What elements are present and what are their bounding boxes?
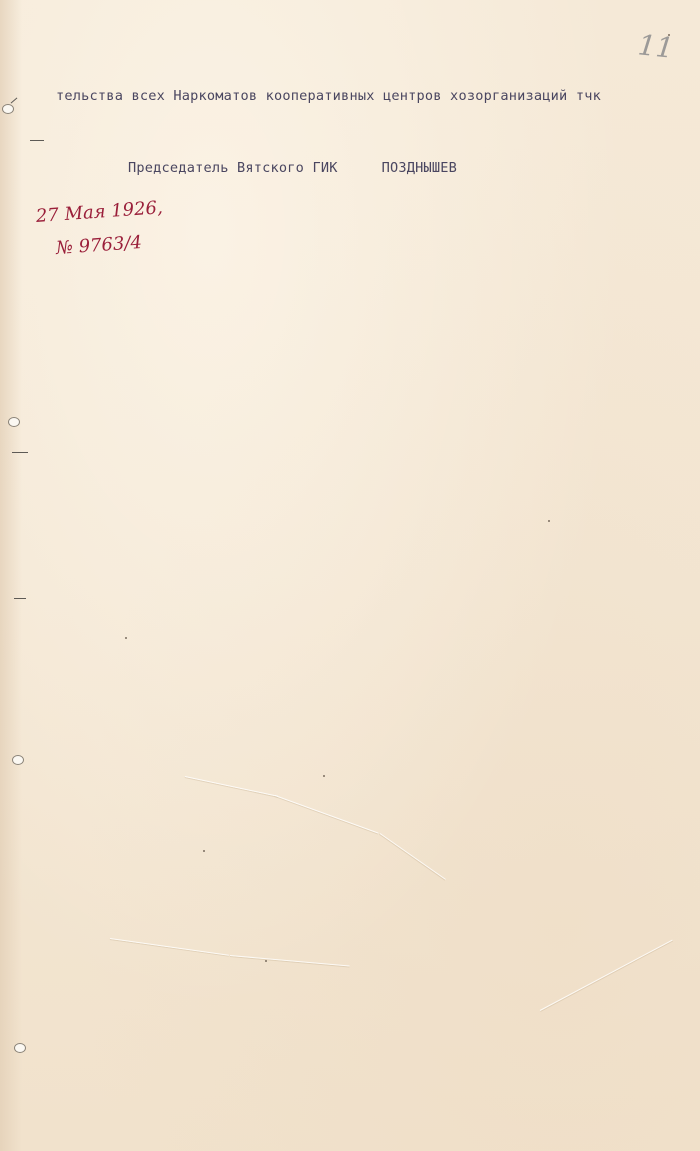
document-page: 11 тельства всех Наркоматов кооперативны…	[0, 0, 700, 1151]
signature-line: Председатель Вятского ГИКПОЗДНЫШЕВ	[128, 160, 457, 176]
binding-hole	[14, 1043, 26, 1053]
paper-crease	[540, 940, 673, 1011]
paper-speck	[203, 850, 205, 852]
binding-hole	[8, 417, 20, 427]
handwritten-reference-number: № 9763/4	[55, 232, 142, 259]
margin-mark	[14, 598, 26, 599]
signature-title: Председатель Вятского ГИК	[128, 160, 338, 176]
paper-left-edge	[0, 0, 22, 1151]
paper-crease	[275, 795, 379, 834]
binding-hole	[2, 104, 14, 114]
paper-crease	[185, 776, 278, 797]
paper-speck	[668, 34, 670, 36]
paper-crease	[230, 955, 350, 966]
paper-speck	[125, 637, 127, 639]
signature-name: ПОЗДНЫШЕВ	[382, 160, 457, 176]
paper-crease	[380, 833, 446, 880]
paper-speck	[265, 960, 267, 962]
paper-crease	[110, 938, 229, 956]
margin-mark	[30, 140, 44, 141]
paper-speck	[548, 520, 550, 522]
handwritten-date: 27 Мая 1926,	[35, 197, 163, 227]
margin-mark	[12, 452, 28, 453]
typed-text-line: тельства всех Наркоматов кооперативных ц…	[56, 88, 601, 104]
paper-speck	[323, 775, 325, 777]
binding-hole	[12, 755, 24, 765]
